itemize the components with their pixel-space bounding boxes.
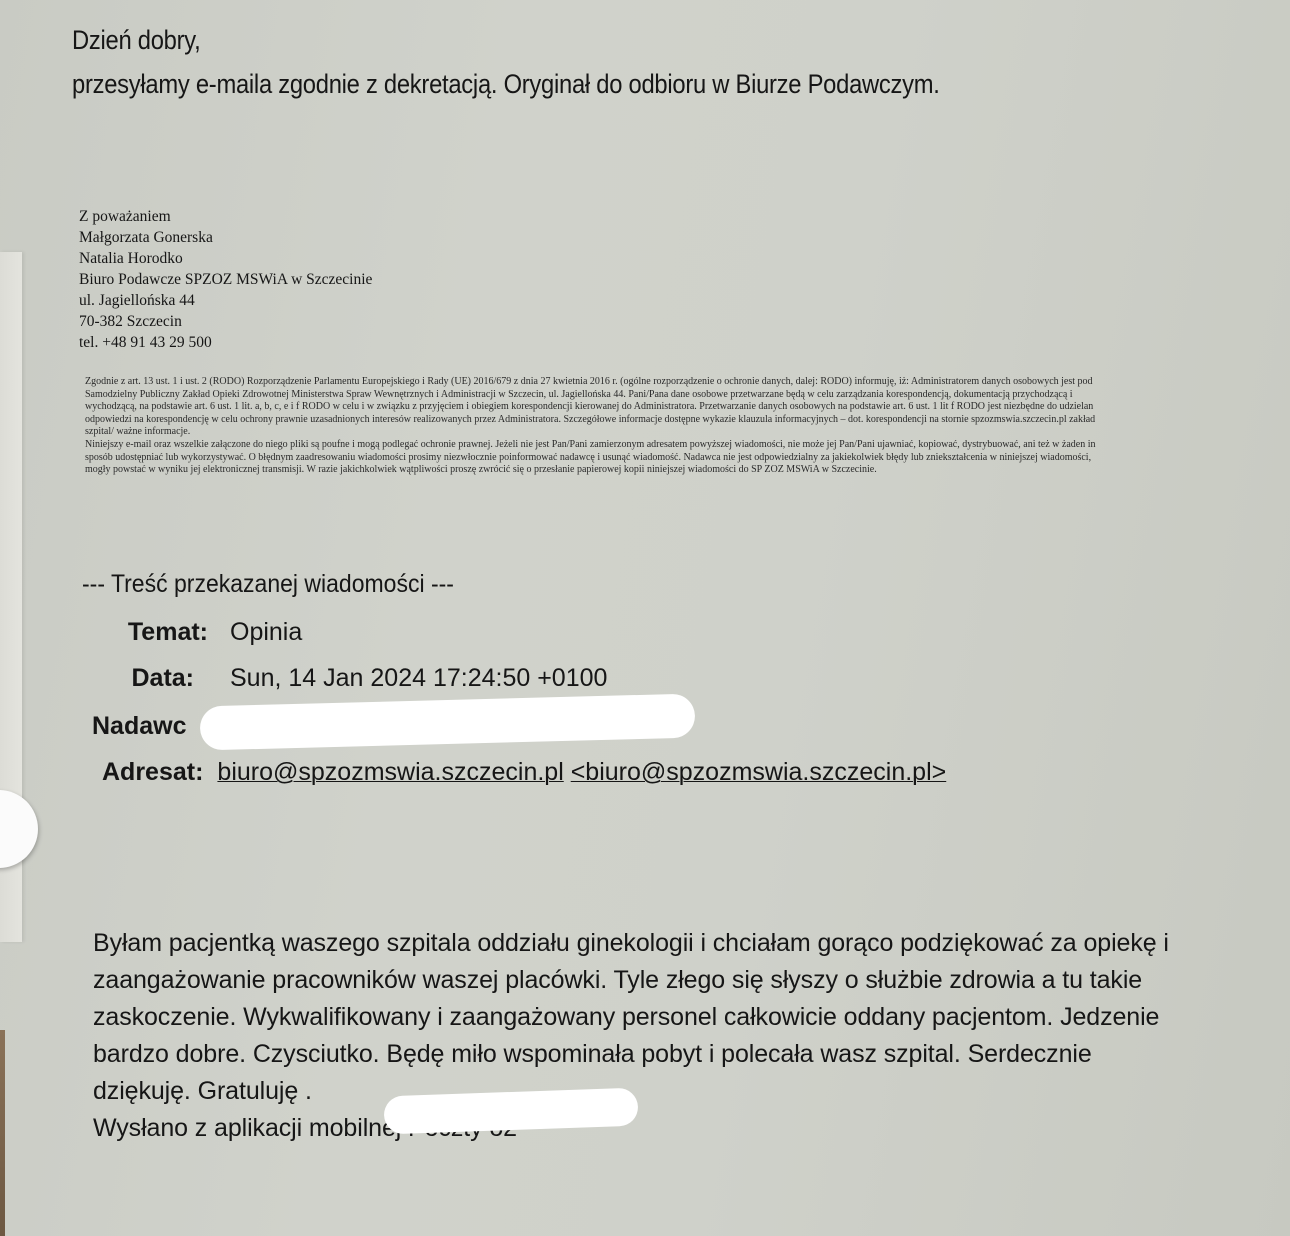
recipient-row: Adresat: biuro@spzozmswia.szczecin.pl <b… <box>102 758 946 787</box>
phone-number: tel. +48 91 43 29 500 <box>79 332 372 353</box>
body-line: bardzo dobre. Czysciutko. Będę miło wspo… <box>93 1036 1290 1073</box>
date-label: Data: <box>110 664 194 693</box>
street-address: ul. Jagiellońska 44 <box>79 290 372 311</box>
date-value: Sun, 14 Jan 2024 17:24:50 +0100 <box>230 664 607 693</box>
closing: Z poważaniem <box>79 206 372 227</box>
body-line: dziękuję. Gratuluję . <box>93 1073 1290 1110</box>
greeting-line: Dzień dobry, <box>72 18 940 62</box>
message-body: Byłam pacjentką waszego szpitala oddział… <box>93 925 1290 1147</box>
notice-line: szpital/ ważne informacje. <box>85 426 1290 439</box>
notice-line: Zgodnie z art. 13 ust. 1 i ust. 2 (RODO)… <box>85 376 1290 389</box>
body-line: zaskoczenie. Wykwalifikowany i zaangażow… <box>93 999 1290 1036</box>
rodo-privacy-notice: Zgodnie z art. 13 ust. 1 i ust. 2 (RODO)… <box>85 376 1290 477</box>
office-name: Biuro Podawcze SPZOZ MSWiA w Szczecinie <box>79 269 372 290</box>
signer-name: Małgorzata Gonerska <box>79 227 372 248</box>
subject-value: Opinia <box>230 618 302 647</box>
sender-label: Nadawc <box>92 712 186 741</box>
cover-message: przesyłamy e-maila zgodnie z dekretacją.… <box>72 62 940 106</box>
recipient-email-bracketed-link[interactable]: <biuro@spzozmswia.szczecin.pl> <box>571 758 947 786</box>
sender-redaction <box>200 694 696 751</box>
hole-punch-mark <box>0 790 38 868</box>
notice-line: Niniejszy e-mail oraz wszelkie załączone… <box>85 439 1290 452</box>
sender-row: Nadawc <box>92 712 186 741</box>
notice-line: odpowiedzi na korespondencję w celu ochr… <box>85 414 1290 427</box>
office-signature: Z poważaniem Małgorzata Gonerska Natalia… <box>79 206 372 353</box>
recipient-label: Adresat: <box>102 758 203 787</box>
notice-line: sposób udostępniać lub wykorzystywać. O … <box>85 452 1290 465</box>
subject-row: Temat: Opinia <box>110 618 302 647</box>
mobile-app-footer: Wysłano z aplikacji mobilnej Poczty o2 <box>93 1110 1290 1147</box>
subject-label: Temat: <box>110 618 208 647</box>
notice-line: Samodzielny Publiczny Zakład Opieki Zdro… <box>85 389 1290 402</box>
forwarded-separator: --- Treść przekazanej wiadomości --- <box>82 570 454 599</box>
cover-note: Dzień dobry, przesyłamy e-maila zgodnie … <box>72 18 940 106</box>
body-line: Byłam pacjentką waszego szpitala oddział… <box>93 925 1290 962</box>
city-address: 70-382 Szczecin <box>79 311 372 332</box>
desk-surface-edge <box>0 1030 5 1236</box>
signer-name: Natalia Horodko <box>79 248 372 269</box>
recipient-value: biuro@spzozmswia.szczecin.pl <biuro@spzo… <box>217 758 946 787</box>
notice-line: wychodzącą, na podstawie art. 6 ust. 1 l… <box>85 401 1290 414</box>
date-row: Data: Sun, 14 Jan 2024 17:24:50 +0100 <box>110 664 607 693</box>
recipient-email-link[interactable]: biuro@spzozmswia.szczecin.pl <box>217 758 563 786</box>
notice-line: mogły powstać w wyniku jej elektroniczne… <box>85 464 1290 477</box>
body-line: zaangażowanie pracowników waszej placówk… <box>93 962 1290 999</box>
